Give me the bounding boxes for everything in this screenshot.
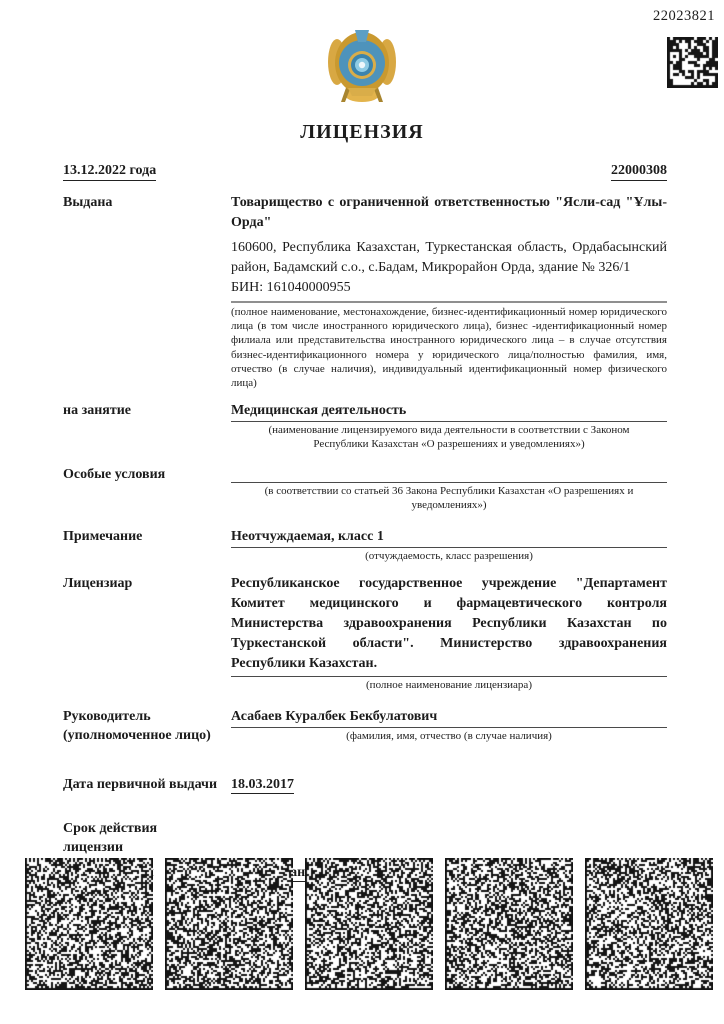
license-number: 22000308: [611, 163, 667, 181]
special-conditions-note: (в соответствии со статьей 36 Закона Рес…: [231, 483, 667, 512]
head-note: (фамилия, имя, отчество (в случае наличи…: [231, 728, 667, 743]
activity-value: Медицинская деятельность: [231, 401, 667, 422]
special-conditions-value: [231, 465, 667, 483]
datamatrix-barcode: [25, 858, 153, 990]
field-activity: на занятие Медицинская деятельность (наи…: [63, 401, 667, 451]
first-issue-label: Дата первичной выдачи: [63, 775, 231, 794]
field-licensor: Лицензиар Республиканское государственно…: [63, 574, 667, 692]
licensor-note: (полное наименование лицензиара): [231, 677, 667, 692]
datamatrix-barcode: [305, 858, 433, 990]
field-remark: Примечание Неотчуждаемая, класс 1 (отчуж…: [63, 527, 667, 563]
field-special-conditions: Особые условия (в соответствии со статье…: [63, 465, 667, 512]
company-name: Товарищество с ограниченной ответственно…: [231, 193, 667, 233]
company-bin: БИН: 161040000955: [231, 278, 667, 298]
validity-label-line1: Срок действия: [63, 819, 231, 838]
issue-date: 13.12.2022 года: [63, 163, 156, 181]
date-number-row: 13.12.2022 года 22000308: [63, 163, 667, 181]
head-label: Руководитель (уполномоченное лицо): [63, 707, 231, 745]
remark-note: (отчуждаемость, класс разрешения): [231, 548, 667, 563]
field-head: Руководитель (уполномоченное лицо) Асаба…: [63, 707, 667, 745]
kazakhstan-emblem-icon: [326, 26, 398, 104]
field-validity: Срок действия лицензии: [63, 819, 667, 857]
head-label-line1: Руководитель: [63, 707, 231, 726]
license-document: 22023821 ЛИЦЕНЗИЯ 13.12.2022 года 220003…: [0, 0, 724, 1024]
field-first-issue: Дата первичной выдачи 18.03.2017: [63, 775, 667, 795]
document-serial-number: 22023821: [653, 8, 715, 25]
remark-label: Примечание: [63, 527, 231, 546]
validity-label: Срок действия лицензии: [63, 819, 231, 857]
barcode-row: [25, 858, 713, 990]
datamatrix-icon: [667, 37, 718, 88]
special-conditions-label: Особые условия: [63, 465, 231, 484]
remark-value: Неотчуждаемая, класс 1: [231, 527, 667, 548]
validity-label-line2: лицензии: [63, 838, 231, 857]
activity-note: (наименование лицензируемого вида деятел…: [231, 422, 667, 451]
issued-to-note: (полное наименование, местонахождение, б…: [231, 301, 667, 390]
head-value: Асабаев Куралбек Бекбулатович: [231, 707, 667, 728]
first-issue-value: 18.03.2017: [231, 777, 294, 794]
field-issued-to: Выдана Товарищество с ограниченной ответ…: [63, 193, 667, 390]
issued-to-label: Выдана: [63, 193, 231, 212]
activity-label: на занятие: [63, 401, 231, 420]
company-address: 160600, Республика Казахстан, Туркестанс…: [231, 238, 667, 278]
licensor-value: Республиканское государственное учрежден…: [231, 574, 667, 677]
datamatrix-barcode: [585, 858, 713, 990]
datamatrix-barcode: [445, 858, 573, 990]
datamatrix-barcode: [165, 858, 293, 990]
head-label-line2: (уполномоченное лицо): [63, 726, 231, 745]
licensor-label: Лицензиар: [63, 574, 231, 593]
